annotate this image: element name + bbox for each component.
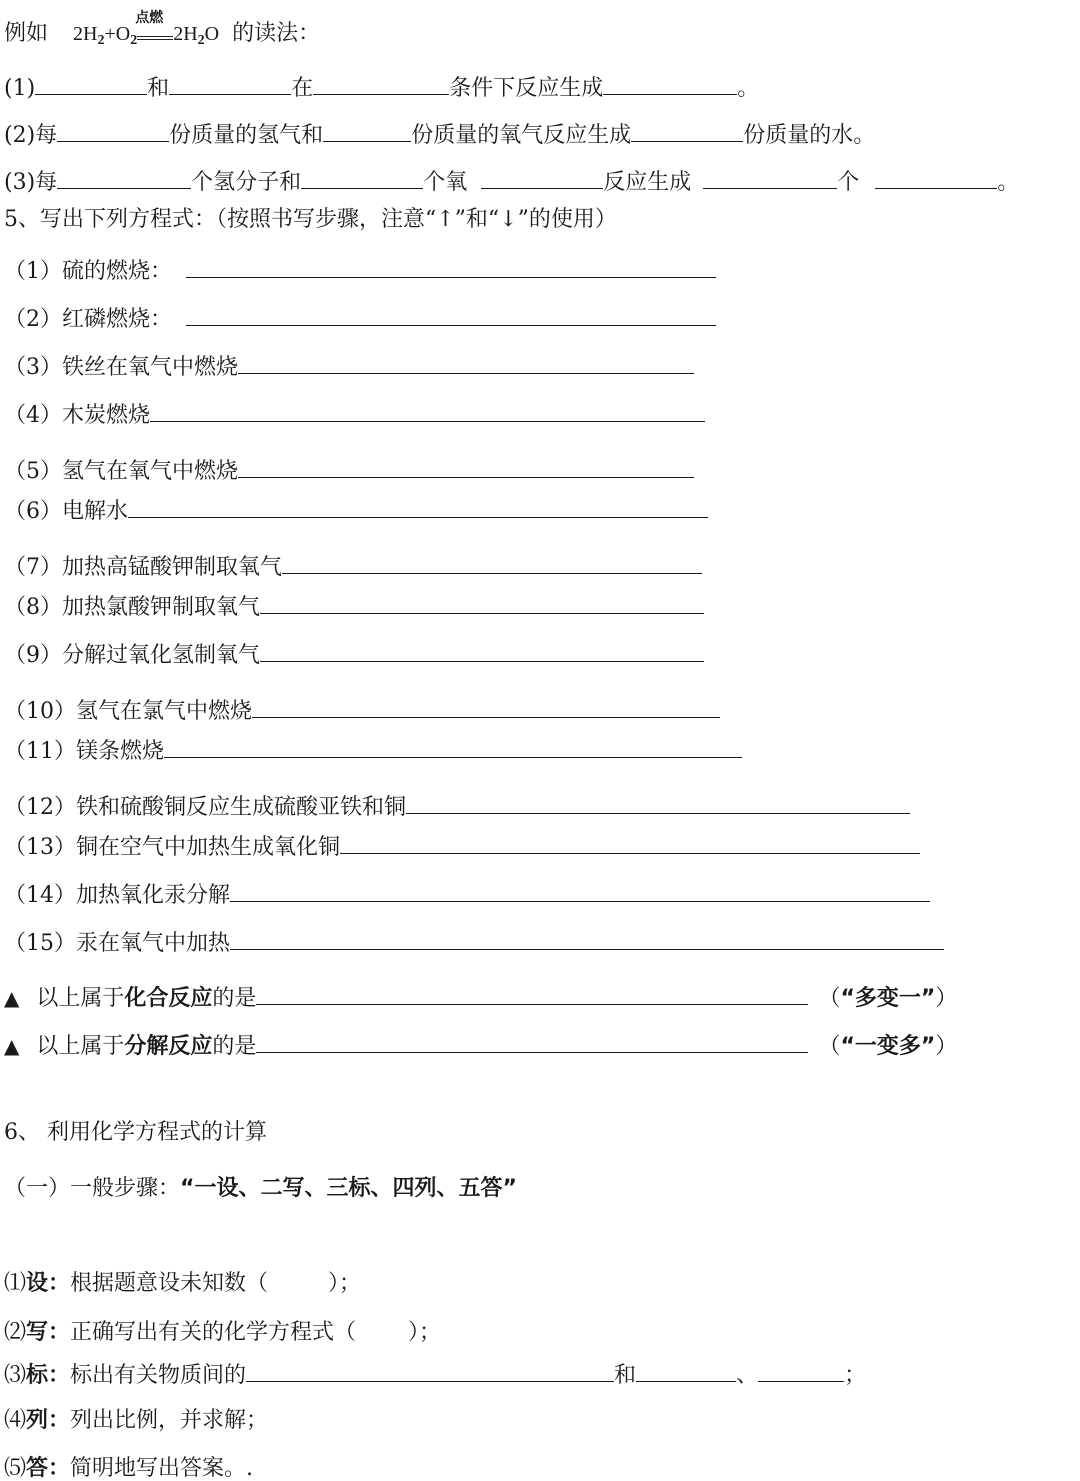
fill-blank[interactable] [301,166,423,189]
fill-blank[interactable] [603,72,737,95]
step-key: 写： [26,1320,70,1345]
answer-blank[interactable] [238,455,694,478]
item-label: （6）电解水 [4,499,128,524]
equation-item-10: （10）氢气在氯气中燃烧 [4,695,720,726]
step-sep: 、 [736,1363,758,1388]
fill-blank[interactable] [875,166,997,189]
fill-blank[interactable] [313,72,449,95]
answer-blank[interactable] [260,639,704,662]
item-label: （9）分解过氧化氢制氧气 [4,643,260,668]
eq-reactant1: 2H [73,23,97,45]
step-5: ⑸答：简明地写出答案。. [4,1455,253,1481]
item-label: （7）加热高锰酸钾制取氧气 [4,555,282,580]
combination-reaction-line: ▲ 以上属于化合反应的是（“多变一”） [4,982,957,1013]
reading-2: (2)每份质量的氢气和份质量的氧气反应生成份质量的水。 [4,119,875,150]
item-label: （13）铜在空气中加热生成氧化铜 [4,835,340,860]
answer-blank[interactable] [164,735,742,758]
item-label: （11）镁条燃烧 [4,739,164,764]
reading-text: 。 [997,170,1019,195]
answer-blank[interactable] [238,351,694,374]
step-tail: ； [844,1363,866,1388]
fill-blank[interactable] [169,72,291,95]
reading-text: 。 [737,76,759,101]
example-suffix: 的读法： [232,21,320,46]
answer-blank[interactable] [340,831,920,854]
reading-1: (1)和在条件下反应生成。 [4,72,759,103]
answer-blank[interactable] [282,551,702,574]
fill-blank[interactable] [703,166,837,189]
answer-blank[interactable] [186,303,716,326]
eq-product: 2H [173,23,197,45]
example-prefix: 例如 [4,21,48,46]
step-key: 标： [26,1363,70,1388]
item-label: （3）铁丝在氧气中燃烧 [4,355,238,380]
decomp-keyword: 分解反应 [124,1034,212,1059]
answer-blank[interactable] [406,791,910,814]
item-label: （15）汞在氧气中加热 [4,931,230,956]
subtitle-prefix: （一）一般步骤： [4,1176,180,1201]
decomposition-reaction-line: ▲ 以上属于分解反应的是（“一变多”） [4,1030,957,1061]
answer-blank[interactable] [186,255,716,278]
step-number: ⑸ [4,1456,26,1481]
fill-blank[interactable] [631,119,743,142]
triangle-marker-icon: ▲ [4,1034,19,1058]
step-text: 正确写出有关的化学方程式（ [70,1320,356,1345]
answer-blank[interactable] [260,591,704,614]
item-label: （12）铁和硫酸铜反应生成硫酸亚铁和铜 [4,795,406,820]
equation-item-7: （7）加热高锰酸钾制取氧气 [4,551,702,582]
item-label: （8）加热氯酸钾制取氧气 [4,595,260,620]
reading-text: 份质量的水。 [743,123,875,148]
decomp-note-open: （ [818,1034,840,1059]
combo-note-close: ） [935,986,957,1011]
step-2: ⑵写：正确写出有关的化学方程式（）； [4,1319,441,1347]
step-number: ⑴ [4,1271,26,1296]
combo-note-open: （ [818,986,840,1011]
answer-blank[interactable] [230,927,944,950]
item-label: （10）氢气在氯气中燃烧 [4,699,252,724]
example-line: 例如 2H2+O2点燃2H2O 的读法： [4,20,320,55]
reading-text: 份质量的氧气反应生成 [411,123,631,148]
reading-text: 反应生成 [603,170,691,195]
equation-item-1: （1）硫的燃烧： [4,255,716,286]
step-tail: ）； [408,1320,441,1345]
item-label: （14）加热氧化汞分解 [4,883,230,908]
step-number: ⑵ [4,1320,26,1345]
item-label: （5）氢气在氧气中燃烧 [4,459,238,484]
step-text: 标出有关物质间的 [70,1363,246,1388]
step-1: ⑴设：根据题意设未知数（）； [4,1270,361,1298]
fill-blank[interactable] [246,1359,614,1382]
condition-label: 点燃 [135,4,163,32]
fill-blank[interactable] [35,72,147,95]
combo-suffix: 的是 [212,986,256,1011]
decomposition-answer-blank[interactable] [256,1030,808,1053]
section5-title: 5、写出下列方程式：（按照书写步骤，注意“↑”和“↓”的使用） [4,206,617,234]
item-label: （1）硫的燃烧： [4,259,172,284]
reading-text: 在 [291,76,313,101]
reading-text: 个氢分子和 [191,170,301,195]
equation-item-12: （12）铁和硫酸铜反应生成硫酸亚铁和铜 [4,791,910,822]
reading-text: 条件下反应生成 [449,76,603,101]
equation-item-15: （15）汞在氧气中加热 [4,927,944,958]
double-bar [137,36,173,40]
answer-blank[interactable] [128,495,708,518]
decomp-note: “一变多” [840,1034,935,1059]
combination-answer-blank[interactable] [256,982,808,1005]
step-key: 答： [26,1456,70,1481]
triangle-marker-icon: ▲ [4,986,19,1010]
reading-label: (3)每 [4,170,57,195]
combo-prefix: 以上属于 [36,986,124,1011]
reading-text: 份质量的氢气和 [169,123,323,148]
eq-product-end: O [205,23,219,45]
step-text: 根据题意设未知数（ [70,1271,268,1296]
decomp-note-close: ） [935,1034,957,1059]
equation-item-13: （13）铜在空气中加热生成氧化铜 [4,831,920,862]
reading-3: (3)每个氢分子和个氧反应生成个。 [4,166,1019,197]
combo-note: “多变一” [840,986,935,1011]
step-mid: 和 [614,1363,636,1388]
reaction-condition: 点燃 [137,26,173,40]
fill-blank[interactable] [57,119,169,142]
item-label: （2）红磷燃烧： [4,307,172,332]
equation-item-6: （6）电解水 [4,495,708,526]
step-text: 简明地写出答案。. [70,1456,253,1481]
fill-blank[interactable] [758,1359,844,1382]
equation-item-2: （2）红磷燃烧： [4,303,716,334]
subtitle-steps: “一设、二写、三标、四列、五答” [180,1176,517,1201]
fill-blank[interactable] [636,1359,736,1382]
step-key: 设： [26,1271,70,1296]
equation: 2H2+O2点燃2H2O [73,23,224,45]
equation-item-8: （8）加热氯酸钾制取氧气 [4,591,704,622]
equation-item-3: （3）铁丝在氧气中燃烧 [4,351,694,382]
step-text: 列出比例，并求解； [70,1408,268,1433]
decomp-prefix: 以上属于 [36,1034,124,1059]
section6-title: 6、 利用化学方程式的计算 [4,1119,267,1147]
answer-blank[interactable] [230,879,930,902]
eq-sub: 2 [130,33,137,48]
fill-blank[interactable] [481,166,603,189]
reading-label: (1) [4,76,35,101]
reading-text: 个氧 [423,170,467,195]
eq-sub: 2 [198,33,205,48]
answer-blank[interactable] [150,399,705,422]
step-4: ⑷列：列出比例，并求解； [4,1407,268,1435]
step-number: ⑷ [4,1408,26,1433]
fill-blank[interactable] [57,166,191,189]
item-label: （4）木炭燃烧 [4,403,150,428]
decomp-suffix: 的是 [212,1034,256,1059]
equation-item-14: （14）加热氧化汞分解 [4,879,930,910]
step-key: 列： [26,1408,70,1433]
equation-item-9: （9）分解过氧化氢制氧气 [4,639,704,670]
reading-label: (2)每 [4,123,57,148]
step-tail: ）； [328,1271,361,1296]
answer-blank[interactable] [252,695,720,718]
equation-item-5: （5）氢气在氧气中燃烧 [4,455,694,486]
combo-keyword: 化合反应 [124,986,212,1011]
eq-plus: +O [104,23,130,45]
equation-item-11: （11）镁条燃烧 [4,735,742,766]
reading-text: 个 [837,170,859,195]
step-3: ⑶标：标出有关物质间的和、； [4,1359,866,1390]
section6-subtitle: （一）一般步骤：“一设、二写、三标、四列、五答” [4,1175,517,1203]
reading-text: 和 [147,76,169,101]
step-number: ⑶ [4,1363,26,1388]
equation-item-4: （4）木炭燃烧 [4,399,705,430]
fill-blank[interactable] [323,119,411,142]
